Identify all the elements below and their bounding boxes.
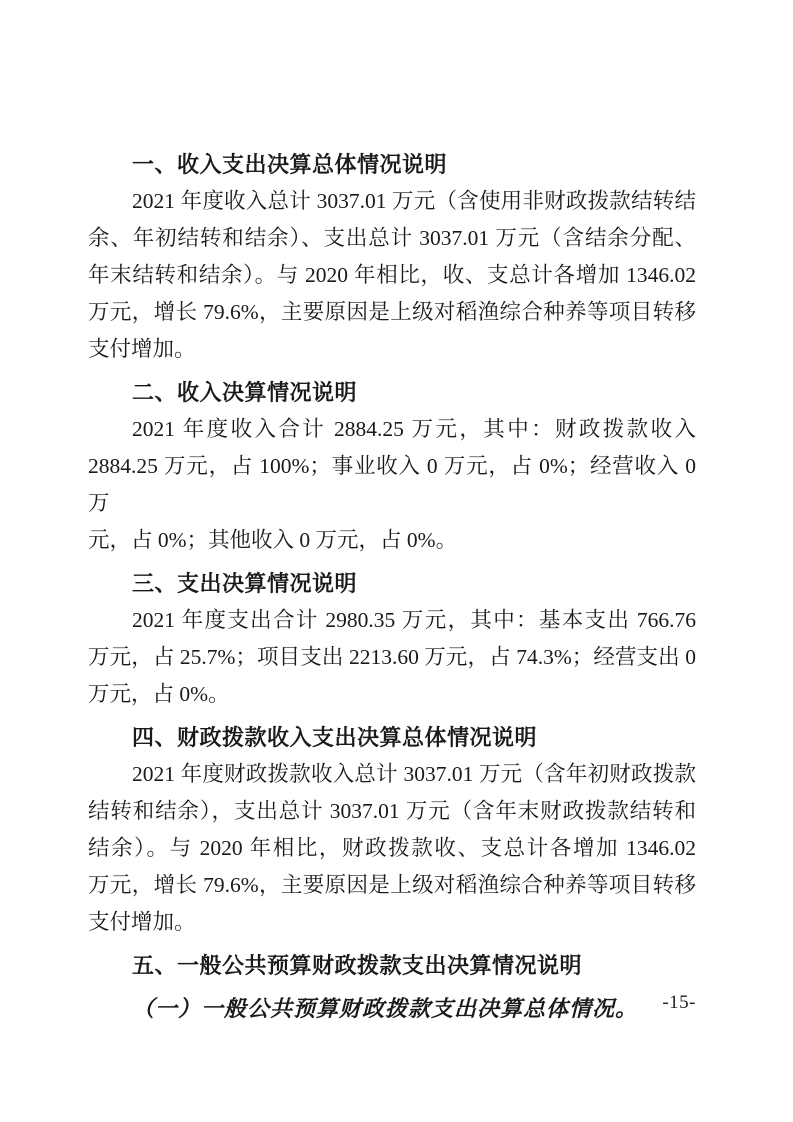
paragraph-line: 支付增加。 [88, 331, 696, 368]
document-content: 一、收入支出决算总体情况说明2021 年度收入总计 3037.01 万元（含使用… [88, 146, 696, 1027]
paragraph: 2021 年度收入合计 2884.25 万元，其中：财政拨款收入2884.25 … [88, 411, 696, 559]
paragraph-line: 万元，占 25.7%；项目支出 2213.60 万元，占 74.3%；经营支出 … [88, 639, 696, 676]
document-page: 一、收入支出决算总体情况说明2021 年度收入总计 3037.01 万元（含使用… [0, 0, 793, 1122]
section-heading-4: 四、财政拨款收入支出决算总体情况说明 [88, 719, 696, 756]
paragraph-line: 万元，占 0%。 [88, 676, 696, 713]
paragraph-line: 支付增加。 [88, 904, 696, 941]
paragraph-line: 2021 年度收入总计 3037.01 万元（含使用非财政拨款结转结 [88, 183, 696, 220]
paragraph-line: 2884.25 万元，占 100%；事业收入 0 万元，占 0%；经营收入 0 … [88, 448, 696, 522]
section-heading-5: 五、一般公共预算财政拨款支出决算情况说明 [88, 947, 696, 984]
paragraph: 2021 年度财政拨款收入总计 3037.01 万元（含年初财政拨款结转和结余）… [88, 756, 696, 941]
section-heading-2: 二、收入决算情况说明 [88, 374, 696, 411]
paragraph-line: 万元，增长 79.6%，主要原因是上级对稻渔综合种养等项目转移 [88, 294, 696, 331]
page-number: -15- [88, 992, 696, 1014]
paragraph-line: 2021 年度财政拨款收入总计 3037.01 万元（含年初财政拨款 [88, 756, 696, 793]
paragraph-line: 余、年初结转和结余）、支出总计 3037.01 万元（含结余分配、 [88, 220, 696, 257]
paragraph-line: 2021 年度支出合计 2980.35 万元，其中：基本支出 766.76 [88, 602, 696, 639]
paragraph: 2021 年度支出合计 2980.35 万元，其中：基本支出 766.76万元，… [88, 602, 696, 713]
section-heading-3: 三、支出决算情况说明 [88, 565, 696, 602]
paragraph-line: 结转和结余），支出总计 3037.01 万元（含年末财政拨款结转和 [88, 793, 696, 830]
paragraph: 2021 年度收入总计 3037.01 万元（含使用非财政拨款结转结余、年初结转… [88, 183, 696, 368]
paragraph-line: 年末结转和结余）。与 2020 年相比，收、支总计各增加 1346.02 [88, 257, 696, 294]
paragraph-line: 2021 年度收入合计 2884.25 万元，其中：财政拨款收入 [88, 411, 696, 448]
section-heading-1: 一、收入支出决算总体情况说明 [88, 146, 696, 183]
paragraph-line: 万元，增长 79.6%，主要原因是上级对稻渔综合种养等项目转移 [88, 867, 696, 904]
paragraph-line: 结余）。与 2020 年相比，财政拨款收、支总计各增加 1346.02 [88, 830, 696, 867]
paragraph-line: 元，占 0%；其他收入 0 万元，占 0%。 [88, 522, 696, 559]
